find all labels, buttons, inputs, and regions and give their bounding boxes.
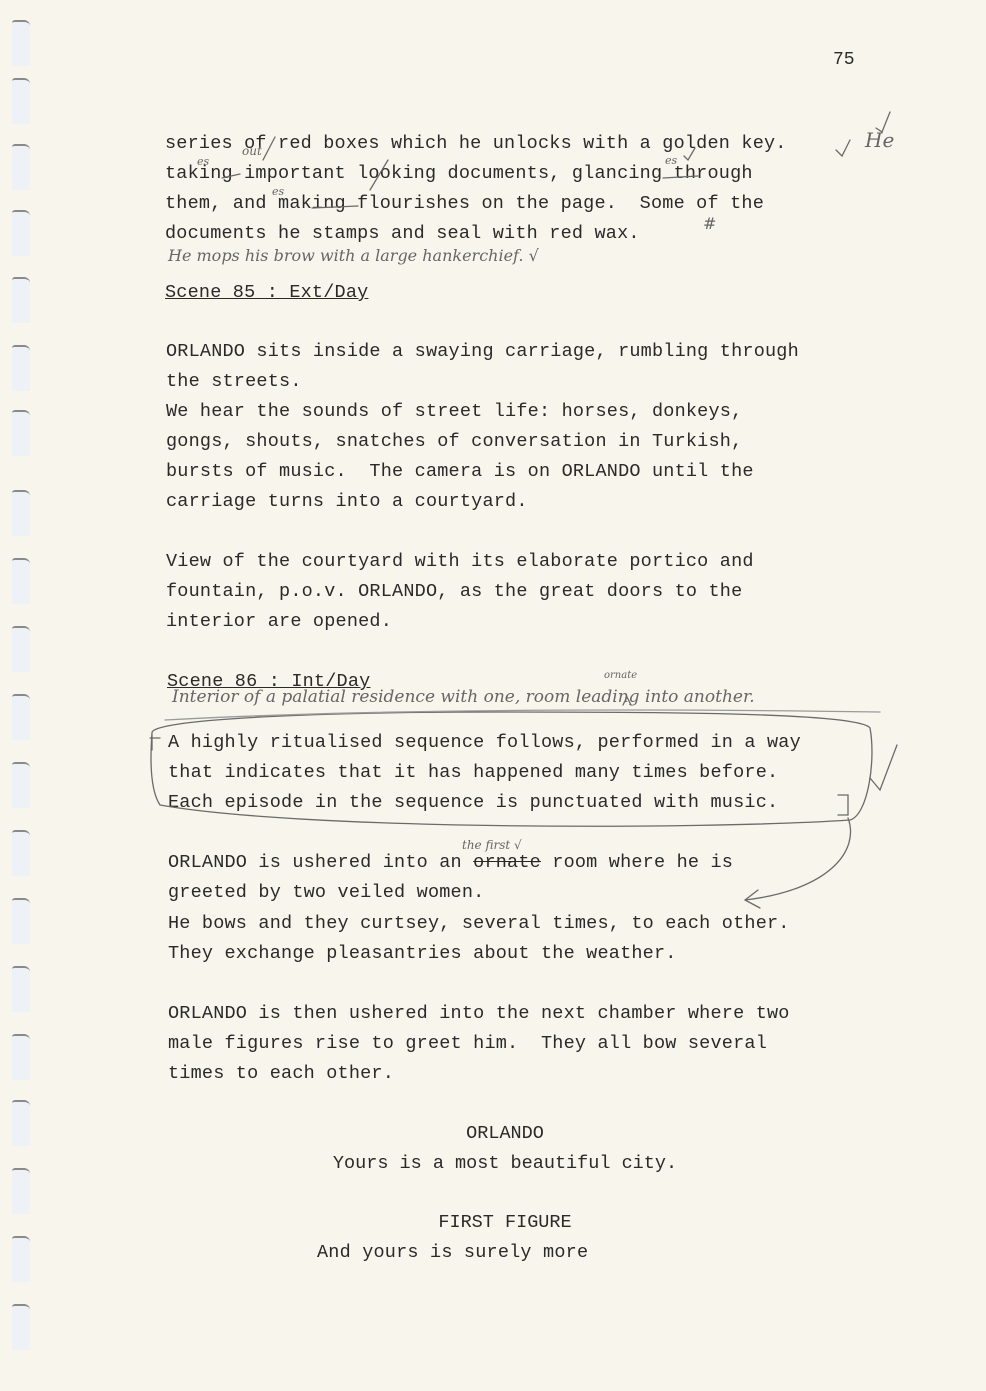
punch-hole (12, 898, 30, 944)
text-line: them, and making flourishes on the page.… (165, 193, 764, 214)
text-line: times to each other. (168, 1063, 394, 1084)
character-name: ORLANDO (12, 1123, 986, 1144)
punch-hole (12, 78, 30, 124)
punch-hole (12, 144, 30, 190)
arrow-head-icon (745, 890, 760, 908)
punch-hole (12, 1236, 30, 1282)
punch-hole (12, 490, 30, 536)
page-number: 75 (833, 50, 855, 70)
struck-word: ornate (473, 852, 541, 873)
handwritten-es: es (272, 185, 284, 198)
text-line: male figures rise to greet him. They all… (168, 1033, 767, 1054)
text-line: Each episode in the sequence is punctuat… (168, 792, 778, 813)
text-line: interior are opened. (166, 611, 392, 632)
handwritten-es: es (665, 154, 677, 167)
check-icon (836, 140, 850, 156)
check-icon (870, 745, 897, 790)
dialogue-line: Yours is a most beautiful city. (12, 1153, 986, 1174)
handwritten-the-first: the first √ (462, 838, 522, 852)
text-segment: room where he is (541, 852, 733, 873)
text-line: fountain, p.o.v. ORLANDO, as the great d… (166, 581, 742, 602)
handwritten-mops-note: He mops his brow with a large hankerchie… (168, 246, 539, 265)
punch-hole (12, 210, 30, 256)
punch-hole (12, 1304, 30, 1350)
text-line: He bows and they curtsey, several times,… (168, 913, 790, 934)
handwritten-es: es (197, 155, 209, 168)
text-line: We hear the sounds of street life: horse… (166, 401, 742, 422)
text-line: carriage turns into a courtyard. (166, 491, 528, 512)
text-line: greeted by two veiled women. (168, 882, 484, 903)
text-line: View of the courtyard with its elaborate… (166, 551, 754, 572)
handwritten-he: He (865, 128, 894, 152)
text-line: ORLANDO sits inside a swaying carriage, … (166, 341, 799, 362)
text-line: ORLANDO is then ushered into the next ch… (168, 1003, 790, 1024)
text-segment: ORLANDO is ushered into an (168, 852, 473, 873)
text-line: ORLANDO is ushered into an ornate room w… (168, 852, 733, 873)
punch-hole (12, 1034, 30, 1080)
dialogue-line: And yours is surely more (317, 1242, 588, 1263)
punch-hole (12, 762, 30, 808)
punch-hole (12, 20, 30, 66)
punch-hole (12, 558, 30, 604)
text-line: They exchange pleasantries about the wea… (168, 943, 677, 964)
punch-hole (12, 830, 30, 876)
scene-85-heading: Scene 85 : Ext/Day (165, 282, 368, 303)
text-line: the streets. (166, 371, 302, 392)
text-line: that indicates that it has happened many… (168, 762, 778, 783)
character-name: FIRST FIGURE (12, 1212, 986, 1233)
handwritten-hash: # (703, 214, 716, 233)
text-line: A highly ritualised sequence follows, pe… (168, 732, 801, 753)
text-line: gongs, shouts, snatches of conversation … (166, 431, 742, 452)
text-line: documents he stamps and seal with red wa… (165, 223, 640, 244)
bracket-mark (838, 795, 848, 815)
punch-hole (12, 966, 30, 1012)
text-line: bursts of music. The camera is on ORLAND… (166, 461, 754, 482)
punch-hole (12, 277, 30, 323)
arrow-line (745, 818, 851, 900)
handwritten-out: out (242, 144, 262, 158)
punch-hole (12, 626, 30, 672)
binding-holes (0, 0, 40, 1391)
punch-hole (12, 345, 30, 391)
punch-hole (12, 410, 30, 456)
script-page: 75 series of red boxes which he unlocks … (0, 0, 986, 1391)
punch-hole (12, 694, 30, 740)
handwritten-ornate: ornate (604, 670, 637, 681)
punch-hole (12, 1168, 30, 1214)
handwritten-interior-note: Interior of a palatial residence with on… (172, 687, 755, 707)
